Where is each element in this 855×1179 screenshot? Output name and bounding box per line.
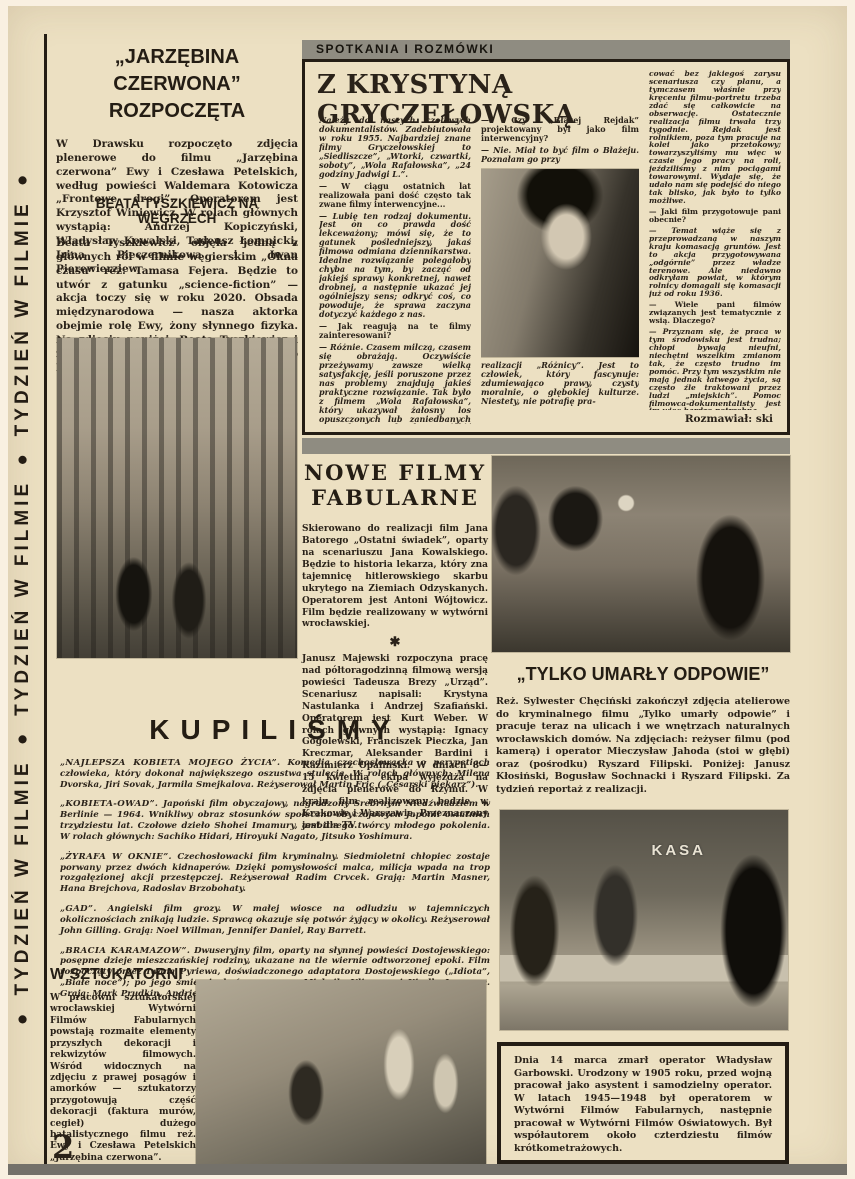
obituary-body: Dnia 14 marca zmarł operator Władysław G… xyxy=(514,1055,772,1155)
kupilismy-item-lead: „BRACIA KARAMAZOW”. xyxy=(60,946,190,956)
interview-box: Z KRYSTYNĄ GRYCZEŁOWSKĄ Należy do naszyc… xyxy=(302,59,790,435)
interview-column-1: Należy do naszych czołowych dokumentalis… xyxy=(319,116,471,424)
kupilismy-item-text: Angielski film grozy. W małej wiosce na … xyxy=(60,904,490,936)
kupilismy-item-lead: „GAD”. xyxy=(60,904,97,914)
sztukatornia-title: W SZTUKATORNI xyxy=(50,966,196,984)
interview-column-3: cować bez jakiegoś zarysu scenariusza cz… xyxy=(649,70,781,410)
kasa-sign-text: KASA xyxy=(651,842,706,859)
divider-band-under-interview xyxy=(302,438,790,454)
interview-a3-continued: realizacji „Różnicy”. Jest to człowiek, … xyxy=(481,361,639,407)
article-jarzebina-title-line1: „JARZĘBINA CZERWONA” xyxy=(56,44,298,98)
interview-a5: — Przyznam się, że praca w tym środowisk… xyxy=(649,328,781,410)
nowe-filmy-title: NOWE FILMY FABULARNE xyxy=(302,460,488,510)
sidebar-vertical-text: ● TYDZIEŃ W FILMIE ● TYDZIEŃ W FILMIE ● … xyxy=(12,166,34,1030)
sidebar-divider-rule xyxy=(44,34,47,1167)
kupilismy-title: KUPILIŚMY xyxy=(60,714,490,746)
interview-q4: — Jaki film przygotowuje pani obecnie? xyxy=(649,208,781,224)
article-kupilismy: KUPILIŚMY „NAJLEPSZA KOBIETA MOJEGO ŻYCI… xyxy=(60,714,490,1009)
tylko-umarly-title: „TYLKO UMARŁY ODPOWIE” xyxy=(496,664,790,685)
interview-q5: — Wiele pani filmów związanych jest tema… xyxy=(649,301,781,325)
article-jarzebina-title-line2: ROZPOCZĘTA xyxy=(56,98,298,125)
interview-column-2: — Czy „Błażej Rejdak” projektowany był j… xyxy=(481,116,639,424)
photo-budapest-walk xyxy=(57,338,297,658)
bottom-band xyxy=(8,1164,847,1175)
interview-signoff: Rozmawiał: ski xyxy=(685,413,773,425)
kupilismy-item: „KOBIETA-OWAD”. Japoński film obyczajowy… xyxy=(60,799,490,842)
tylko-umarly-body: Reż. Sylwester Chęciński zakończył zdjęc… xyxy=(496,696,790,796)
photo-kasa-scene: KASA xyxy=(500,810,788,1030)
interview-a3: — Nie. Miał to być film o Błażeju. Pozna… xyxy=(481,146,639,164)
nowe-filmy-title-line1: NOWE FILMY xyxy=(302,460,488,485)
kupilismy-item-lead: „ŻYRAFA W OKNIE”. xyxy=(60,852,172,862)
page-number: 2 xyxy=(52,1128,74,1166)
interview-a2: — Różnie. Czasem milczą, czasem się obra… xyxy=(319,343,471,424)
photo-gryczelowska-portrait xyxy=(481,169,639,357)
sidebar-vertical-banner: ● TYDZIEŃ W FILMIE ● TYDZIEŃ W FILMIE ● … xyxy=(4,32,42,1164)
kupilismy-item: „ŻYRAFA W OKNIE”. Czechosłowacki film kr… xyxy=(60,852,490,895)
kupilismy-list: „NAJLEPSZA KOBIETA MOJEGO ŻYCIA”. Komedi… xyxy=(60,758,490,1000)
interview-q3: — Czy „Błażej Rejdak” projektowany był j… xyxy=(481,116,639,143)
interview-q2: — Jak reagują na te filmy zainteresowani… xyxy=(319,322,471,340)
star-separator-icon: ✱ xyxy=(302,635,488,650)
magazine-page: ● TYDZIEŃ W FILMIE ● TYDZIEŃ W FILMIE ● … xyxy=(0,0,855,1179)
nowe-filmy-title-line2: FABULARNE xyxy=(302,485,488,510)
nowe-filmy-para1: Skierowano do realizacji film Jana Bator… xyxy=(302,524,488,631)
photo-sztukatornia-workshop xyxy=(196,980,486,1168)
article-beata-title: BEATA TYSZKIEWICZ NA WĘGRZECH xyxy=(56,196,298,226)
interview-a1: — Lubię ten rodzaj dokumentu. Jest on co… xyxy=(319,212,471,319)
kupilismy-item-lead: „KOBIETA-OWAD”. xyxy=(60,799,158,809)
interview-intro: Należy do naszych czołowych dokumentalis… xyxy=(319,116,471,179)
kupilismy-item-lead: „NAJLEPSZA KOBIETA MOJEGO ŻYCIA”. xyxy=(60,758,280,768)
interview-a4: — Temat wiąże się z przeprowadzaną w nas… xyxy=(649,227,781,298)
obituary-box: Dnia 14 marca zmarł operator Władysław G… xyxy=(497,1042,789,1164)
section-kicker: SPOTKANIA I ROZMÓWKI xyxy=(302,40,790,59)
article-jarzebina-title: „JARZĘBINA CZERWONA” ROZPOCZĘTA xyxy=(56,44,298,125)
photo-film-set xyxy=(492,456,790,652)
kupilismy-item: „GAD”. Angielski film grozy. W małej wio… xyxy=(60,904,490,936)
article-tylko-umarly: „TYLKO UMARŁY ODPOWIE” Reż. Sylwester Ch… xyxy=(496,664,790,796)
interview-q1: — W ciągu ostatnich lat realizowała pani… xyxy=(319,182,471,209)
kupilismy-item: „NAJLEPSZA KOBIETA MOJEGO ŻYCIA”. Komedi… xyxy=(60,758,490,790)
interview-a3-continued-2: cować bez jakiegoś zarysu scenariusza cz… xyxy=(649,70,781,205)
